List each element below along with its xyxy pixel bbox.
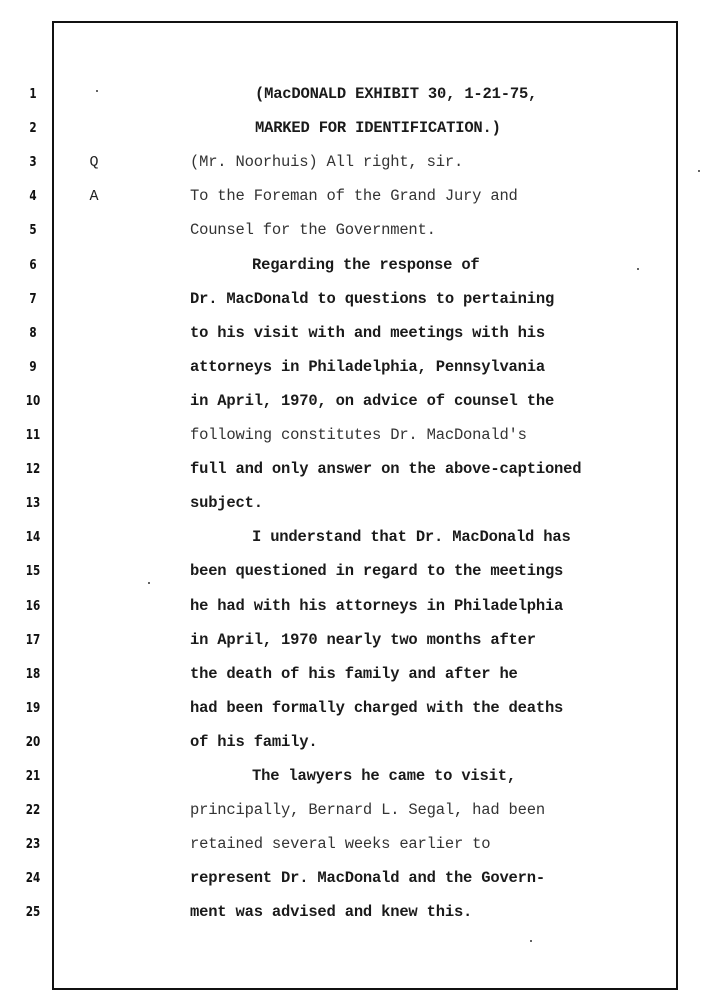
transcript-line: been questioned in regard to the meeting…	[190, 562, 563, 580]
line-number: 24	[23, 871, 44, 886]
scan-speck	[96, 90, 98, 92]
line-number: 11	[23, 428, 44, 443]
transcript-line: ment was advised and knew this.	[190, 903, 472, 921]
transcript-line: to his visit with and meetings with his	[190, 324, 545, 342]
transcript-line: The lawyers he came to visit,	[252, 767, 516, 785]
line-number: 19	[23, 701, 44, 716]
line-number: 12	[23, 462, 44, 477]
line-number: 21	[23, 769, 44, 784]
transcript-line: had been formally charged with the death…	[190, 699, 563, 717]
line-number: 20	[23, 735, 44, 750]
transcript-line: I understand that Dr. MacDonald has	[252, 528, 571, 546]
transcript-line: attorneys in Philadelphia, Pennsylvania	[190, 358, 545, 376]
scan-speck	[530, 940, 532, 942]
line-number: 9	[23, 360, 44, 375]
line-number: 1	[23, 87, 44, 102]
answer-marker: A	[86, 188, 102, 205]
transcript-line: the death of his family and after he	[190, 665, 518, 683]
transcript-line: Dr. MacDonald to questions to pertaining	[190, 290, 554, 308]
line-number: 17	[23, 633, 44, 648]
line-number: 10	[23, 394, 44, 409]
transcript-line: retained several weeks earlier to	[190, 835, 490, 853]
line-number: 23	[23, 837, 44, 852]
line-number: 3	[23, 155, 44, 170]
line-number: 5	[23, 223, 44, 238]
transcript-line: (MacDONALD EXHIBIT 30, 1-21-75,	[255, 85, 537, 103]
line-number: 13	[23, 496, 44, 511]
transcript-line: full and only answer on the above-captio…	[190, 460, 581, 478]
line-number: 22	[23, 803, 44, 818]
line-number: 25	[23, 905, 44, 920]
transcript-line: in April, 1970 nearly two months after	[190, 631, 536, 649]
line-number: 2	[23, 121, 44, 136]
transcript-line: To the Foreman of the Grand Jury and	[190, 187, 518, 205]
transcript-line: Regarding the response of	[252, 256, 480, 274]
line-number: 8	[23, 326, 44, 341]
line-number: 15	[23, 564, 44, 579]
scan-speck	[637, 268, 639, 270]
transcript-line: MARKED FOR IDENTIFICATION.)	[255, 119, 501, 137]
transcript-line: subject.	[190, 494, 263, 512]
line-number: 16	[23, 599, 44, 614]
transcript-line: he had with his attorneys in Philadelphi…	[190, 597, 563, 615]
scan-speck	[698, 170, 700, 172]
transcript-line: following constitutes Dr. MacDonald's	[190, 426, 527, 444]
transcript-line: represent Dr. MacDonald and the Govern-	[190, 869, 545, 887]
line-number: 4	[23, 189, 44, 204]
question-marker: Q	[86, 154, 102, 171]
transcript-line: in April, 1970, on advice of counsel the	[190, 392, 554, 410]
scan-speck	[148, 582, 150, 584]
line-number: 6	[23, 258, 44, 273]
transcript-line: Counsel for the Government.	[190, 221, 436, 239]
transcript-line: principally, Bernard L. Segal, had been	[190, 801, 545, 819]
line-number: 7	[23, 292, 44, 307]
transcript-line: of his family.	[190, 733, 317, 751]
transcript-line: (Mr. Noorhuis) All right, sir.	[190, 153, 463, 171]
line-number: 18	[23, 667, 44, 682]
line-number: 14	[23, 530, 44, 545]
